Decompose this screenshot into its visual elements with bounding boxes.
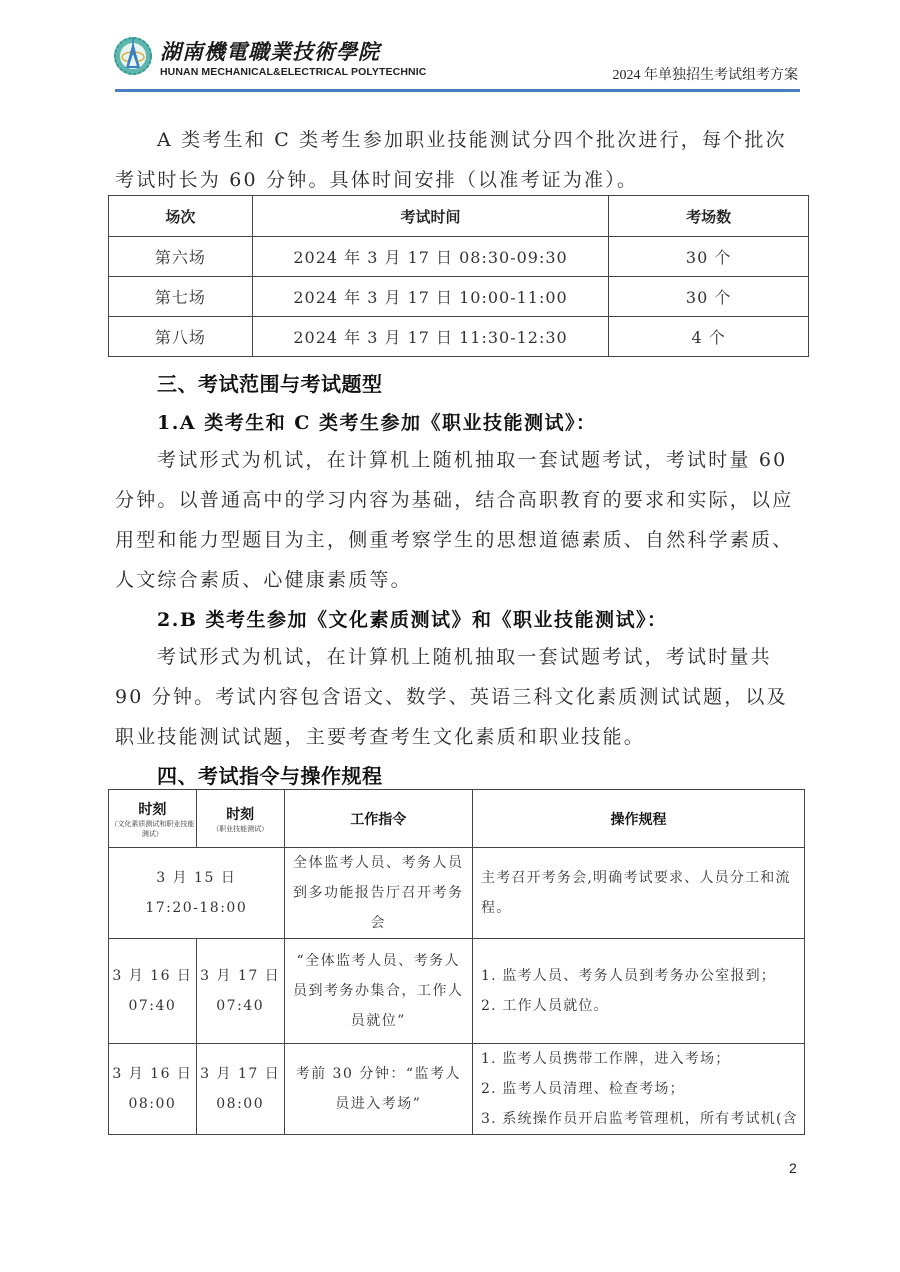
school-name-cn: 湖南機電職業技術學院 [160,36,380,66]
column-header-instruction: 工作指令 [284,790,472,848]
time-cell: 2024 年 3 月 17 日 11:30-12:30 [252,317,609,357]
intro-paragraph: A 类考生和 C 类考生参加职业技能测试分四个批次进行，每个批次考试时长为 60… [115,120,805,200]
column-header-time-skills: 时刻 （职业技能测试） [196,790,284,848]
column-header-note: （职业技能测试） [197,824,284,834]
procedure-step: 1. 监考人员携带工作牌，进入考场； [481,1044,804,1074]
procedure-cell: 主考召开考务会,明确考试要求、人员分工和流程。 [473,848,805,939]
procedure-step: 3. 系统操作员开启监考管理机，所有考试机(含 [481,1104,804,1134]
table-row: 第七场 2024 年 3 月 17 日 10:00-11:00 30 个 [109,277,809,317]
session-cell: 第七场 [109,277,253,317]
column-header-rooms: 考场数 [609,196,809,237]
section-3-1-heading: 1.A 类考生和 C 类考生参加《职业技能测试》： [157,408,597,435]
table-header-row: 场次 考试时间 考场数 [109,196,809,237]
procedure-step: 1. 监考人员、考务人员到考务办公室报到； [481,961,804,991]
section-3-2-heading: 2.B 类考生参加《文化素质测试》和《职业技能测试》： [157,605,668,632]
time-clock: 07:40 [197,991,284,1021]
table-row: 第八场 2024 年 3 月 17 日 11:30-12:30 4 个 [109,317,809,357]
time-cell: 3 月 16 日 08:00 [109,1044,197,1135]
procedure-cell: 1. 监考人员、考务人员到考务办公室报到； 2. 工作人员就位。 [473,939,805,1044]
section-4-heading: 四、考试指令与操作规程 [157,760,383,789]
table-row: 3 月 16 日 07:40 3 月 17 日 07:40 “全体监考人员、考务… [109,939,805,1044]
document-title: 2024 年单独招生考试组考方案 [613,64,799,84]
procedure-step: 主考召开考务会,明确考试要求、人员分工和流程。 [481,863,804,923]
page-header: 湖南機電職業技術學院 HUNAN MECHANICAL&ELECTRICAL P… [0,0,900,95]
time-clock: 08:00 [109,1089,196,1119]
rooms-cell: 30 个 [609,277,809,317]
time-cell: 3 月 17 日 07:40 [196,939,284,1044]
instruction-cell: “全体监考人员、考务人员到考务办集合，工作人员就位” [284,939,472,1044]
session-cell: 第八场 [109,317,253,357]
instruction-cell: 全体监考人员、考务人员到多功能报告厅召开考务会 [284,848,472,939]
section-3-heading: 三、考试范围与考试题型 [157,368,383,397]
time-clock: 07:40 [109,991,196,1021]
time-date: 3 月 17 日 [197,961,284,991]
time-date: 3 月 15 日 [109,863,284,893]
time-cell: 2024 年 3 月 17 日 10:00-11:00 [252,277,609,317]
schedule-table: 场次 考试时间 考场数 第六场 2024 年 3 月 17 日 08:30-09… [108,195,809,357]
column-header-label: 操作规程 [473,809,804,829]
session-cell: 第六场 [109,237,253,277]
column-header-label: 时刻 [197,804,284,824]
procedure-step: 2. 工作人员就位。 [481,991,804,1021]
column-header-note: （文化素质测试和职业技能测试） [109,819,196,839]
column-header-time: 考试时间 [252,196,609,237]
rooms-cell: 30 个 [609,237,809,277]
section-3-1-paragraph: 考试形式为机试，在计算机上随机抽取一套试题考试，考试时量 60 分钟。以普通高中… [115,440,805,600]
column-header-procedure: 操作规程 [473,790,805,848]
section-3-2-paragraph: 考试形式为机试，在计算机上随机抽取一套试题考试，考试时量共 90 分钟。考试内容… [115,637,805,757]
time-date: 3 月 16 日 [109,961,196,991]
table-row: 3 月 16 日 08:00 3 月 17 日 08:00 考前 30 分钟：“… [109,1044,805,1135]
page-number: 2 [789,1160,797,1176]
column-header-label: 时刻 [109,799,196,819]
school-emblem-icon [113,36,153,76]
column-header-session: 场次 [109,196,253,237]
time-clock: 08:00 [197,1089,284,1119]
time-date: 3 月 16 日 [109,1059,196,1089]
procedure-cell: 1. 监考人员携带工作牌，进入考场； 2. 监考人员清理、检查考场； 3. 系统… [473,1044,805,1135]
header-divider [115,89,800,92]
rooms-cell: 4 个 [609,317,809,357]
procedure-step: 2. 监考人员清理、检查考场； [481,1074,804,1104]
procedure-table: 时刻 （文化素质测试和职业技能测试） 时刻 （职业技能测试） 工作指令 操作规程… [108,789,805,1135]
column-header-label: 工作指令 [285,809,472,829]
column-header-time-all: 时刻 （文化素质测试和职业技能测试） [109,790,197,848]
time-cell: 2024 年 3 月 17 日 08:30-09:30 [252,237,609,277]
time-cell-merged: 3 月 15 日 17:20-18:00 [109,848,285,939]
time-cell: 3 月 16 日 07:40 [109,939,197,1044]
table-row: 3 月 15 日 17:20-18:00 全体监考人员、考务人员到多功能报告厅召… [109,848,805,939]
table-header-row: 时刻 （文化素质测试和职业技能测试） 时刻 （职业技能测试） 工作指令 操作规程 [109,790,805,848]
time-range: 17:20-18:00 [109,893,284,923]
time-cell: 3 月 17 日 08:00 [196,1044,284,1135]
time-date: 3 月 17 日 [197,1059,284,1089]
instruction-cell: 考前 30 分钟：“监考人员进入考场” [284,1044,472,1135]
school-name-en: HUNAN MECHANICAL&ELECTRICAL POLYTECHNIC [160,66,426,78]
table-row: 第六场 2024 年 3 月 17 日 08:30-09:30 30 个 [109,237,809,277]
